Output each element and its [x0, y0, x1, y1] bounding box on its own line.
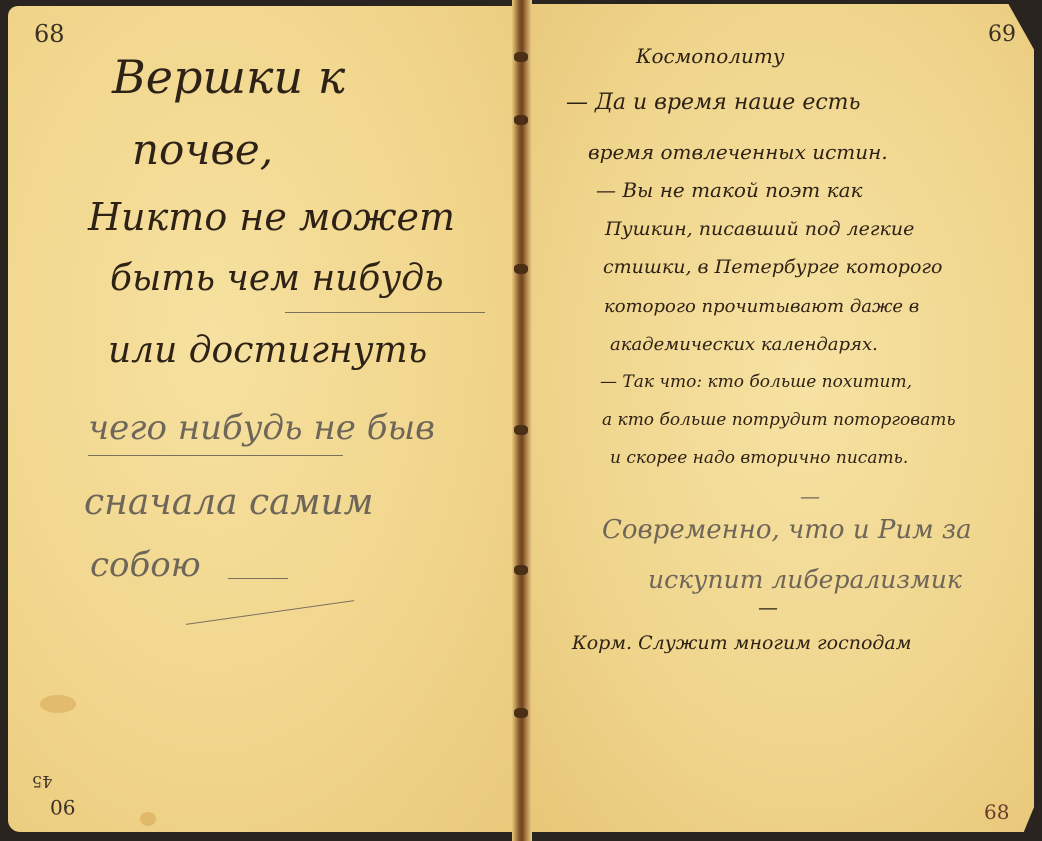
handwritten-line: академических календарях. — [610, 334, 878, 355]
binding-stitch — [514, 115, 528, 125]
left-page-margin-number: 90 — [50, 795, 75, 819]
handwritten-line: а кто больше потрудит поторговать — [602, 410, 956, 430]
handwritten-line: или достигнуть — [108, 330, 427, 371]
handwritten-line: время отвлеченных истин. — [588, 140, 888, 164]
handwritten-line: быть чем нибудь — [110, 258, 444, 299]
handwritten-line: — Вы не такой поэт как — [596, 178, 862, 202]
handwritten-line: сначала самим — [84, 482, 374, 523]
handwritten-line: почве, — [132, 125, 273, 174]
binding-stitch — [514, 264, 528, 274]
handwritten-line: Корм. Служит многим господам — [572, 632, 912, 654]
binding-stitch — [514, 425, 528, 435]
page-heading: Космополиту — [636, 44, 784, 68]
right-page-bottom-number: 68 — [984, 800, 1009, 824]
right-page-number: 69 — [988, 22, 1016, 47]
handwritten-line: искупит либерализмик — [648, 565, 962, 594]
handwritten-line: Никто не может — [88, 195, 455, 239]
handwritten-line: чего нибудь не быв — [88, 408, 435, 448]
handwritten-line: — Так что: кто больше похитит, — [600, 372, 912, 392]
left-page-margin-number: 45 — [32, 772, 52, 791]
underline — [88, 455, 343, 456]
paper-stain — [40, 695, 76, 713]
section-dash: — — [758, 595, 778, 619]
section-dash: — — [800, 484, 820, 508]
binding-stitch — [514, 52, 528, 62]
handwritten-line: Современно, что и Рим за — [602, 515, 972, 545]
handwritten-line: которого прочитывают даже в — [604, 296, 919, 317]
binding-stitch — [514, 565, 528, 575]
handwritten-line: Пушкин, писавший под легкие — [605, 218, 914, 240]
binding-stitch — [514, 708, 528, 718]
handwritten-line: Вершки к — [112, 50, 345, 104]
handwritten-line: стишки, в Петербурге которого — [603, 256, 942, 278]
flourish-stroke — [228, 578, 288, 579]
paper-stain — [140, 812, 156, 826]
handwritten-line: и скорее надо вторично писать. — [610, 448, 908, 468]
handwritten-line: — Да и время наше есть — [566, 90, 861, 115]
underline — [285, 312, 485, 313]
handwritten-line: собою — [90, 545, 201, 585]
left-page-number: 68 — [34, 20, 65, 48]
